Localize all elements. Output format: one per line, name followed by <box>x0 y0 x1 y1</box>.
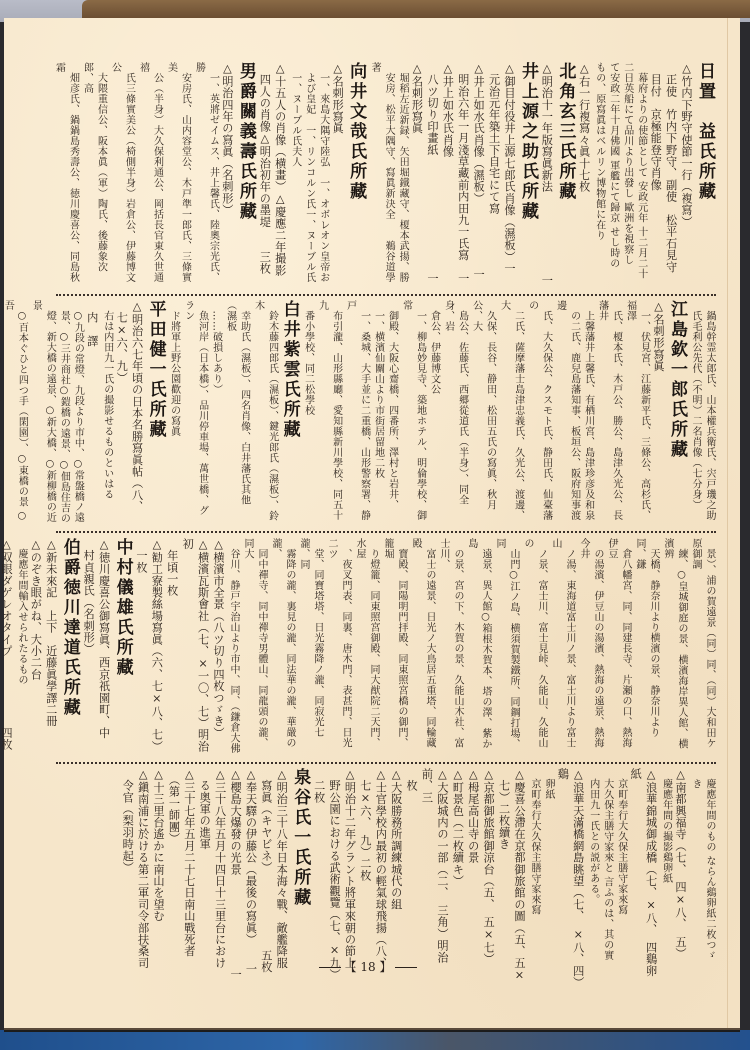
catalog-entry-line: △横濱瓦斯會社（七、×一〇、七）明治初 <box>180 538 211 754</box>
catalog-entry-line: の二氏、鹿兒島藩知事、板垣公、阪府知事渡邊 <box>553 300 581 524</box>
collection-heading: 井上源之助氏所藏 <box>518 62 538 222</box>
catalog-entry-line: 公（半身）大久保利通公、岡括長官東久世通禧 <box>136 62 164 290</box>
catalog-entry-line: 枚 <box>404 768 419 986</box>
collection-heading: 平田健一氏所藏 <box>146 300 166 440</box>
catalog-entry-line: 、夜叉門表、同裏、唐木門、表甚門、日光二ツ <box>324 538 352 754</box>
catalog-entry-line: 内 譯 <box>84 300 99 524</box>
catalog-entry-line: ○百本ぐひと四つ手（閑園）、○東橋の景 ○吾 <box>0 300 28 524</box>
collection-heading: 日置 益氏所藏 <box>695 62 715 202</box>
catalog-entry-line: 氏、榎本氏、木戸公、勝公、島津久光公、長藩井 <box>595 300 623 524</box>
catalog-entry-line: 一、柳島妙見寺、築地ホテル、明倫學校、御常 <box>399 300 427 524</box>
catalog-entry-line: 元治元年築土下自宅にて寫 <box>486 62 501 290</box>
catalog-entry-line: 慶應年間輸入せられたるもの <box>14 538 28 754</box>
folio-rule-right <box>395 967 417 968</box>
catalog-entry-line: （第一師團） <box>166 768 181 986</box>
catalog-entry-line: の湯濱、伊豆山の湯濱、熱海の遠景、熱海今井 <box>576 538 604 754</box>
cardboard-cover-edge <box>82 0 750 18</box>
catalog-entry-line: △大阪城内の一部（二、 三角）明治前、三 <box>419 768 450 986</box>
catalog-entry-line: 七）二枚續き <box>496 768 511 986</box>
catalog-entry-line: 島公、佐藤氏、西郷從道氏（半身）、同全身、岩 <box>441 300 469 524</box>
catalog-entry-line: 燈、新大橋の遠景、○新大橋、○新柳橋の近景 <box>28 300 56 524</box>
catalog-entry-line: 二枚 <box>311 768 326 986</box>
catalog-entry-line: △奉天驛の伊藤公（最後の寫眞） 一 <box>243 768 258 986</box>
catalog-entry-line: △町景色（二枚續キ） <box>450 768 465 986</box>
catalog-entry-line: 幸助氏（濕板）、四名肖像、白井藩氏其他（濕板 <box>223 300 251 524</box>
catalog-entry-line: 七×六、九） <box>114 300 129 524</box>
catalog-entry-line: 倉公、伊藤博文公 <box>427 300 441 524</box>
catalog-entry-line: 景）、浦の賀遠景（同）同、（同）大和田ケ原御調 <box>688 538 716 754</box>
catalog-entry-line: 京町奉行大久保主膳守家來寫 <box>614 768 628 986</box>
catalog-entry-line: 遠景、異人館○箱根木賀本、塔の澤、紫か島 <box>464 538 492 754</box>
catalog-entry-line: 野公園における武術觀覽（七、×九） <box>327 768 342 986</box>
catalog-entry-line: る奥軍の進軍 <box>197 768 212 986</box>
catalog-entry-line: 八ツ切り印畫紙 一 <box>425 62 440 290</box>
catalog-entry-line: 右は内田九一氏の撮影せるものといはる <box>100 300 114 524</box>
catalog-entry-line: 氏毛利公先代（不明）二名肖像（七分身） <box>688 300 702 524</box>
catalog-entry-line: △双眼ダゲレオタイプ 四枚 <box>0 538 14 754</box>
catalog-entry-line: 七×六、 九）二枚 <box>358 768 373 986</box>
catalog-entry-line: 鍋島幹霊太郎氏、山本權兵衛氏、宍戸璣之助 <box>702 300 716 524</box>
catalog-entry-line: 令官（梨羽時起） <box>120 768 135 986</box>
catalog-entry-line: 幕府よりの使節として 安政元年 十二月二十 <box>634 62 648 290</box>
catalog-entry-line: 慶應年間のもの ならん鷄卵紙二枚つゞ <box>702 768 716 986</box>
catalog-entry-line: △大阪勝務所調練城代の組 <box>388 768 403 986</box>
catalog-entry-line: ノ景、富士川、富士見峠、久能山、久能山の <box>520 538 548 754</box>
catalog-entry-line: 練、○皇城御庭の景、横濱海岸異人館、横濱辨 <box>660 538 688 754</box>
catalog-entry-line: 年頃一枚 <box>164 538 179 754</box>
catalog-entry-line: △名刺形寫眞 <box>330 62 345 290</box>
catalog-entry-line: △十五人の肖像（横畫）△慶應二年撮影 <box>272 62 287 290</box>
collection-heading: 伯爵徳川達道氏所藏 <box>60 538 80 718</box>
catalog-entry-line: て安政二年十月佛國 軍艦にて歸京 せし時の <box>606 62 620 290</box>
catalog-entry-line: △明治十二年グラント將軍來朝の節上 <box>342 768 357 986</box>
catalog-entry-line: 一枚 <box>134 538 149 754</box>
catalog-entry-line: ……破損しあり） <box>209 300 223 524</box>
catalog-entry-line: 堀稻左近新録、矢田堀鐵藏守、榎本武揚、勝 <box>395 62 409 290</box>
catalog-entry-line: 一、英將ゼイムス、井上馨氏、陸奧宗光氏、勝 <box>192 62 220 290</box>
catalog-entry-line: △新未來記 上下 近藤眞學譯二冊 <box>43 538 58 754</box>
catalog-entry-line: △竹内下野守使節一行（複寫） <box>679 62 694 290</box>
catalog-entry-line: △浪華天滿橋網島眺望（七、 ×八、四）鷄 <box>555 768 586 986</box>
catalog-entry-line: 一、横濱仙關山より市街居留地二枚 <box>371 300 385 524</box>
catalog-entry-line: 一、伏見宮、江藤新平氏、三條公、高杉氏、福澤 <box>623 300 651 524</box>
catalog-entry-line: ノ湯、東海道富士川ノ景、富士川より富士山 <box>548 538 576 754</box>
catalog-entry-line: △慶喜公滯在京都御旅館の圖（五、五× <box>512 768 527 986</box>
catalog-entry-line: 久保、長谷、静田、松田五氏の寫眞、秋月公、大 <box>469 300 497 524</box>
dotted-divider-2 <box>56 531 716 533</box>
catalog-entry-line: 谷川、静戸宇治山より市中、同、（鎌倉大佛 <box>226 538 240 754</box>
catalog-entry-line: △横濱市全景（八ツ切り四枚つゞき） <box>211 538 226 754</box>
catalog-entry-line: り燈籠、同東照宮御殿、同大猷院二天門、水屋 <box>352 538 380 754</box>
catalog-entry-line: 四人の肖像△明治初年の墨堤 三枚 <box>257 62 272 290</box>
catalog-entry-line: 二日英船にて品川より出發し 歐洲を視察し <box>620 62 634 290</box>
catalog-entry-line: △京都御旅館御涼台（五、 五×七） <box>481 768 496 986</box>
catalog-entry-line: 布引瀧、山形縣廳、愛知縣新川學校、同五十九 <box>315 300 343 524</box>
catalog-entry-line: △三十八年五月十四日十三里台におけ <box>212 768 227 986</box>
catalog-entry-line: △御目付役井上源七郎氏肖像（濕板）一 <box>502 62 517 290</box>
catalog-entry-line: △井上如水氏肖像（濕板） 一 <box>471 62 486 290</box>
collection-heading: 江島欽一郎氏所藏 <box>667 300 687 460</box>
catalog-entry-line: よび皇妃 一、リンコルン氏一、ヌーブル氏 <box>302 62 316 290</box>
catalog-entry-line: 一、ヌーブル氏夫人 <box>288 62 302 290</box>
catalog-entry-line: 御殿、大阪心齋橋、四番所、澤村と岩井、 <box>385 300 399 524</box>
catalog-entry-line: △三十七年五月二十七日南山戰死者 <box>181 768 196 986</box>
catalog-entry-line: 魚河岸（日本橋）、品川停車場、萬世橋、グラン <box>181 300 209 524</box>
catalog-entry-line: △徳川慶喜公御寫眞、西京祇園町、中 <box>96 538 111 754</box>
catalog-entry-line: 明治六年一月淺草藏前内田九一氏寫 一 <box>455 62 470 290</box>
catalog-entry-line: △士官學校内最初の輕氣球飛揚（八、 <box>373 768 388 986</box>
catalog-entry-line: △明治三十八年日本海々戰、敵艦降服 <box>274 768 289 986</box>
catalog-entry-line: △右一行複寫々眞十七枚 <box>576 62 591 290</box>
catalog-entry-line: もの、原寫眞はベルリン博物館に在り <box>592 62 606 290</box>
dotted-divider-1 <box>56 294 716 296</box>
folio-bracket-right: 】 <box>379 960 391 974</box>
catalog-entry-line: 正使 竹内下野守、副使 松平石見守 <box>663 62 678 290</box>
catalog-entry-line: 京町奉行大久保主膳守家來寫 <box>527 768 541 986</box>
catalog-entry-line: 天橋、静奈川より横濱の景、静奈川より同、鎌 <box>632 538 660 754</box>
catalog-entry-line: 氏三條實美公（椅側半身）岩倉公、伊藤博文公 <box>108 62 136 290</box>
catalog-entry-line: △名刺形寫眞 <box>651 300 666 524</box>
catalog-entry-line: △明治六七年頃の日本名勝寫眞帖（八、 <box>129 300 144 524</box>
catalog-entry-line: 上馨藩井上馨氏、有栖川宮、島津珍彦及和泉 <box>581 300 595 524</box>
catalog-entry-line: 慶應年間の撮影鷄卵紙 <box>659 768 673 986</box>
catalog-entry-line: 大隈重信公、阪本眞（軍）陶氏、後藤象次郎、高 <box>80 62 108 290</box>
catalog-entry-line: 内田九一氏との説がある。 <box>586 768 600 986</box>
collection-heading: 向井文哉氏所藏 <box>346 62 366 202</box>
catalog-entry-line: 倉八幡宮、同、同建長寺、片瀬の口、熱海伊豆 <box>604 538 632 754</box>
folio-bracket-left: 【 <box>345 960 357 974</box>
text-tier-3: 景）、浦の賀遠景（同）同、（同）大和田ケ原御調 練、○皇城御庭の景、横濱海岸異人… <box>56 538 716 754</box>
folio-rule-left <box>319 967 341 968</box>
catalog-entry-line: 一、來島大隅守陸弘 一、オボレオン皇帝お <box>316 62 330 290</box>
catalog-entry-line: 山門○江ノ島、横須賀製鐵所、同鋼打場、同 <box>492 538 520 754</box>
catalog-entry-line: 堂、同寶塔塔、日光霧降ノ瀧、同寂光七瀧、同 <box>296 538 324 754</box>
collection-heading: 泉谷氏一氏所藏 <box>290 768 310 908</box>
catalog-entry-line: 寶殿、同陽明門拝殿、同東照宮橋の御門、籠堀 <box>380 538 408 754</box>
catalog-entry-line: 畑彦氏、鍋鍋島秀壽公、徳川慶喜公、同島秋霜 <box>52 62 80 290</box>
page-number: 18 <box>360 960 375 974</box>
collection-heading: 中村儀雄氏所藏 <box>113 538 133 678</box>
catalog-entry-line: 二氏、薩摩藩士島津忠義氏、久光公、渡邊、大 <box>497 300 525 524</box>
catalog-entry-line: △勧工寮製絲場寫眞（六、七×八、七） <box>149 538 164 754</box>
page-number-folio: 【 18 】 <box>0 958 736 975</box>
catalog-entry-line: 霧降の瀧、裏見の瀧、同法華の瀧、華嚴の瀧、 <box>268 538 296 754</box>
catalog-entry-line: △浪華錦城御成橋（七、×八、 四鷄卵紙 <box>628 768 659 986</box>
catalog-entry-line: △明治十一年版寫眞新法 一 <box>539 62 554 290</box>
catalog-entry-line: 同中禪寺、同中禪寺男體山、同龍頭の瀧、同大 <box>240 538 268 754</box>
catalog-entry-line: 寫眞（キヤビネ） 五枚 <box>258 768 273 986</box>
catalog-entry-line: △鎭南浦に於ける第二軍司令部扶桑司 <box>135 768 150 986</box>
catalog-entry-line: 目付 京極能登守肖像 <box>648 62 663 290</box>
collection-heading: 男爵關義壽氏所藏 <box>236 62 256 222</box>
scan-backdrop-bottom <box>0 1030 750 1050</box>
catalog-entry-line: 番小學校、同二松學校 <box>301 300 315 524</box>
catalog-entry-line: △南都興福寺（七、 四×八、 五） <box>673 768 688 986</box>
catalog-entry-line: △明治四年の寫眞（名刺形） <box>220 62 235 290</box>
catalog-entry-line: 富士の遠景、日光ノ大鳥居五重塔、同輪藏殿 <box>408 538 436 754</box>
catalog-entry-line: 景、○三井商社○鎧橋の遠景、○佃島住吉の <box>56 300 70 524</box>
catalog-entry-line: 安房氏、山内容堂公、木戸準一郎氏、三條實美 <box>164 62 192 290</box>
catalog-entry-line: 鈴木藤四郎氏（濕板）、鍵光郎氏（濕板）、鈴木 <box>251 300 279 524</box>
catalog-entry-line: 氏、大久保公、クスモト氏、静田氏、仙臺藩の <box>525 300 553 524</box>
text-tier-1: 日置 益氏所藏△竹内下野守使節一行（複寫） 正使 竹内下野守、副使 松平石見守 … <box>56 62 716 290</box>
dotted-divider-3 <box>56 762 716 764</box>
collection-heading: 北角玄三氏所藏 <box>555 62 575 202</box>
catalog-entry-line: △栂尾高山寺の景 <box>465 768 480 986</box>
catalog-entry-line: △十三里台遙かに南山を望む <box>151 768 166 986</box>
page-fold-edge <box>727 18 728 1028</box>
text-tier-2: 鍋島幹霊太郎氏、山本權兵衛氏、宍戸璣之助 氏毛利公先代（不明）二名肖像（七分身）… <box>56 300 716 524</box>
catalog-entry-line: き <box>688 768 702 986</box>
catalog-entry-line: ○九段の常燈、九段より市中、○常盤橋ノ遠 <box>70 300 84 524</box>
catalog-entry-line: 一、桑城、大手並に二重橋、山形警察署、静戸 <box>343 300 371 524</box>
catalog-entry-line: △井上如水氏肖像 <box>440 62 455 290</box>
catalog-entry-line: 安房、松平大隅守、寫眞新決全 鵜谷道學著 <box>367 62 395 290</box>
catalog-entry-line: △櫻島大爆發の光景 一 <box>228 768 243 986</box>
catalog-entry-line: △のぞき眼がね、大小二台 <box>28 538 43 754</box>
catalog-entry-line: ド將軍上野公園歡迎の寫眞 <box>167 300 181 524</box>
catalog-entry-line: △名刺形寫眞 <box>409 62 424 290</box>
catalog-entry-line: 村貞親氏（名刺形） <box>81 538 96 754</box>
text-tier-4: 慶應年間のもの ならん鷄卵紙二枚つゞ き△南都興福寺（七、 四×八、 五） 慶應… <box>56 768 716 986</box>
catalog-entry-line: の景、宮の下、木賀の景、久能山木社、富士川、 <box>436 538 464 754</box>
catalog-entry-line: 大久保主膳守家來と 言ふのは、其の實 <box>600 768 614 986</box>
collection-heading: 白井紫雲氏所藏 <box>280 300 300 440</box>
catalog-entry-line: 卵紙 <box>541 768 555 986</box>
